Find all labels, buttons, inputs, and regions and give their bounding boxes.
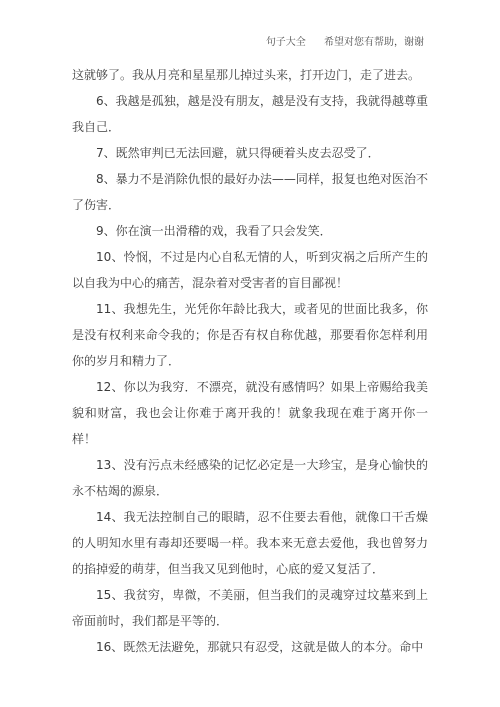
paragraph-10: 14、我无法控制自己的眼睛，忍不住要去看他，就像口干舌燥的人明知水里有毒却还要喝… (72, 504, 428, 582)
paragraph-5: 9、你在演一出滑稽的戏，我看了只会发笑． (72, 218, 428, 244)
paragraph-8: 12、你以为我穷．不漂亮，就没有感情吗？如果上帝赐给我美貌和财富，我也会让你难于… (72, 374, 428, 452)
header-tagline: 希望对您有帮助，谢谢 (324, 36, 424, 49)
document-page: 句子大全 希望对您有帮助，谢谢 这就够了。我从月亮和星星那儿掉过头来，打开边门，… (0, 0, 500, 707)
paragraph-1: 这就够了。我从月亮和星星那儿掉过头来，打开边门，走了进去。 (72, 62, 428, 88)
paragraph-7: 11、我想先生，光凭你年龄比我大，或者见的世面比我多，你是没有权利来命令我的；你… (72, 296, 428, 374)
header-site-name: 句子大全 (266, 36, 306, 49)
paragraph-6: 10、怜悯，不过是内心自私无情的人，听到灾祸之后所产生的以自我为中心的痛苦，混杂… (72, 244, 428, 296)
paragraph-2: 6、我越是孤独，越是没有朋友，越是没有支持，我就得越尊重我自己． (72, 88, 428, 140)
paragraph-4: 8、暴力不是消除仇恨的最好办法——同样，报复也绝对医治不了伤害． (72, 166, 428, 218)
paragraph-11: 15、我贫穷，卑微，不美丽，但当我们的灵魂穿过坟墓来到上帝面前时，我们都是平等的… (72, 582, 428, 634)
paragraph-9: 13、没有污点未经感染的记忆必定是一大珍宝，是身心愉快的永不枯竭的源泉． (72, 452, 428, 504)
document-body: 这就够了。我从月亮和星星那儿掉过头来，打开边门，走了进去。6、我越是孤独，越是没… (72, 62, 428, 660)
paragraph-3: 7、既然审判已无法回避，就只得硬着头皮去忍受了． (72, 140, 428, 166)
paragraph-12: 16、既然无法避免，那就只有忍受，这就是做人的本分。命中 (72, 634, 428, 660)
page-header: 句子大全 希望对您有帮助，谢谢 (72, 36, 424, 49)
